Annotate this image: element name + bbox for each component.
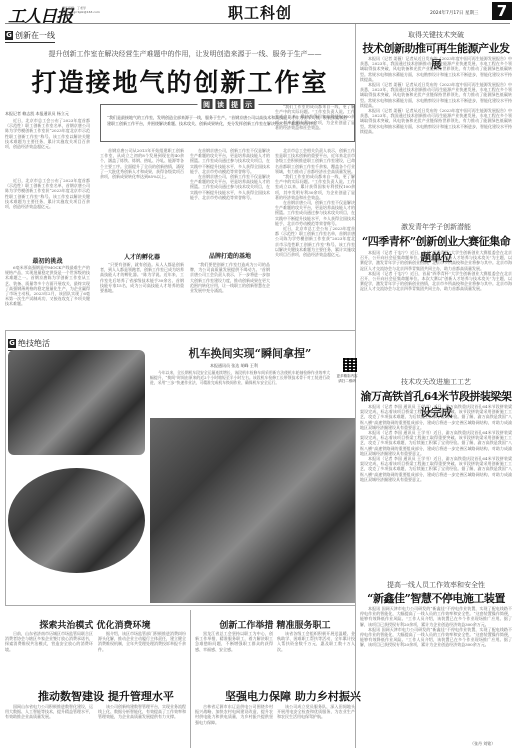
- section-tag-label: 创新在一线: [15, 30, 55, 41]
- guide-char: 示: [243, 99, 254, 109]
- lead-subhead-3: 品牌打造的基地: [190, 251, 270, 260]
- lead-subhead-2: 人才的孵化器: [100, 252, 184, 261]
- bottom-1-col-b: 据介绍，该区市场监管部门积极推进消费纠纷源头化解，推动企业主动履行主体责任，建立…: [98, 631, 186, 681]
- qr-caption: 更多精彩内容请扫二维码: [336, 374, 358, 383]
- skill-headline: 机车换间实现“瞬间拿捏”: [170, 345, 330, 361]
- page-number: 7: [492, 2, 512, 20]
- qr-code-icon[interactable]: [343, 358, 357, 372]
- right-3-kicker: 技术攻关改进施工工艺: [360, 377, 512, 387]
- section-title: 职工科创: [228, 2, 292, 23]
- lead-col1-text-c: 6毫米厚高强钢是中MOCK产线最难生产的规格产品，实现批量稳定供货是一个世界级的…: [5, 265, 90, 325]
- section-tag-label: 绝技绝活: [18, 338, 50, 349]
- editor-info: 责任编辑：丁老学 E-mail: grrbjzk@163.com: [62, 6, 100, 14]
- bottom-headline-4: 坚强电力保障 助力乡村振兴: [225, 688, 361, 704]
- skill-byline: 本报通讯员 张达 胡峰 王利: [210, 363, 258, 369]
- right-1-text: 本报讯（记者 姜薇）记者从近日发布的《2023年度中国可再生能源发展报告》中获悉…: [360, 56, 512, 216]
- reading-guide-title: 阅 读 提 示: [197, 99, 258, 109]
- photo-top-left: [8, 350, 145, 455]
- right-4-credit: （张丹 刘铭）: [470, 741, 495, 747]
- section-g-icon: G: [5, 31, 13, 40]
- section-divider: [5, 605, 355, 606]
- lead-col1-text-b: 近日，北京市总工会公布了2023年度首都（示范性）职工创新工作室名单，首钢京唐公…: [5, 178, 90, 253]
- guide-char: 提: [229, 99, 240, 109]
- right-1-kicker: 取得关键技术突破: [360, 30, 512, 40]
- bottom-3-col-a: 黑龙江省总工会坚持以职工为中心，创新工作举措，精准服务职工，着力解决职工急难愁盼…: [195, 631, 273, 681]
- right-4-kicker: 提高一线人员工作效率和安全性: [360, 580, 512, 590]
- right-4-headline: “新鑫佳”智慧不停电施工装置: [360, 590, 512, 606]
- skill-intro: 今年以来，全长期机车段安全运量连续增长，该段机车检修车间采用新方法使机车轮轴检修…: [150, 370, 330, 402]
- bottom-column-divider: [190, 610, 191, 748]
- bottom-2-col-b: 该公司创新构建数智管理平台，实现业务流程线上化、数据分析智能化，有效提高了工作效…: [98, 704, 186, 748]
- section-divider: [5, 330, 355, 331]
- guide-char: 读: [215, 99, 226, 109]
- bottom-4-col-a: 吉林省辽源市东辽县供电公司围绕乡村振兴战略，加快农村电网建设改造，提升农村供电能…: [195, 704, 273, 748]
- lead-col3-text: 在首钢京唐公司，创新工作室不仅是解决生产难题的攻关平台，更是培养高技能人才的摇篮…: [190, 148, 270, 248]
- lead-col2-text-b: “只要有创新，就有创造。从人人都是创新者，到人人都是领跑者，创新工作室已成为培养…: [100, 262, 184, 325]
- photo-bottom-left: [8, 468, 145, 573]
- lead-byline: 本报记者 赖志凯 本报通讯员 杨立元: [5, 111, 69, 117]
- bottom-4-col-b: 该公司成立党员服务队，深入田间地头开展用电安全检查和优质服务，为农业生产和农民生…: [277, 704, 355, 748]
- right-3-text: 本报讯（记者 李国 通讯员 王学书）近日，渝万高铁重庆段首孔64米节段拼装梁架设…: [360, 404, 512, 577]
- section-g-icon: G: [8, 339, 16, 348]
- box-left-border: [5, 330, 6, 605]
- lead-col4-text: 北京市总工会相关负责人表示，创新工作室是职工技术创新的重要平台，近年来北京市各级…: [275, 148, 355, 325]
- right-4-text: 本报讯 国网天津市电力公司研发的“新鑫佳”不停电作业装置，实现了配电线路不停电作…: [360, 606, 512, 741]
- photo-main: [150, 418, 355, 603]
- bottom-headline-2a: 推动数智建设 提升管理水平: [38, 688, 174, 704]
- lead-headline: 打造接地气的创新工作室: [15, 63, 345, 99]
- right-2-kicker: 激发青年学子创新潜能: [360, 222, 512, 232]
- bottom-1-col-a: 日前，山东省济南市历城区市场监管局联合区消费者协会与辖区多家企业签订放心消费承诺…: [5, 631, 93, 681]
- bottom-3-col-b: 该省各级工会组织积极开展送温暖、金秋助学、困难职工帮扶等活动，全年累计投入帮扶资…: [277, 631, 355, 681]
- lead-col4-top-text: “我们工作室的成员都来自一线，更了解生产中的实际问题。”工作室负责人说。工作室成…: [275, 104, 355, 144]
- bottom-headline-1: 探索共治模式 优化消费环境: [5, 618, 185, 631]
- bottom-2-col-a: 国网山东省电力公司积极推进数智化建设，运用大数据、人工智能等技术，提升精益管理水…: [5, 704, 93, 748]
- section-tag-innovation: G 创新在一线: [5, 30, 55, 43]
- email-line: E-mail: grrbjzk@163.com: [62, 10, 100, 14]
- lead-kicker: 提升创新工作室在解决经营生产难题中的作用，让发明创造来源于一线、服务于生产——: [20, 49, 350, 59]
- issue-date: 2024年7月17日 星期三: [430, 10, 478, 16]
- bottom-headline-3: 创新工作举措 精准服务职工: [195, 618, 355, 631]
- masthead-rule: [5, 23, 510, 24]
- lead-col1-text: 近日，北京市总工会公布了2023年度首都（示范性）职工创新工作室名单，首钢京唐公…: [5, 118, 90, 173]
- lead-col2-text: 首钢京唐公司从2013年开始组建职工创新工作室，从成立之初的8个发展到现在的40…: [100, 148, 184, 248]
- column-divider: [355, 24, 356, 748]
- lead-col3-text-b: “我们要把创新工作室打造成为公司的品牌，为公司高质量发展提供不竭动力。”首钢京唐…: [190, 262, 270, 325]
- guide-char: 阅: [201, 99, 212, 109]
- lead-subhead-1: 最初的挑战: [5, 256, 90, 265]
- right-2-text: 本报讯（记者 于忠宁）近日，首届“四季青杯”大学生创新创业大赛组委会在北京召开，…: [360, 250, 512, 375]
